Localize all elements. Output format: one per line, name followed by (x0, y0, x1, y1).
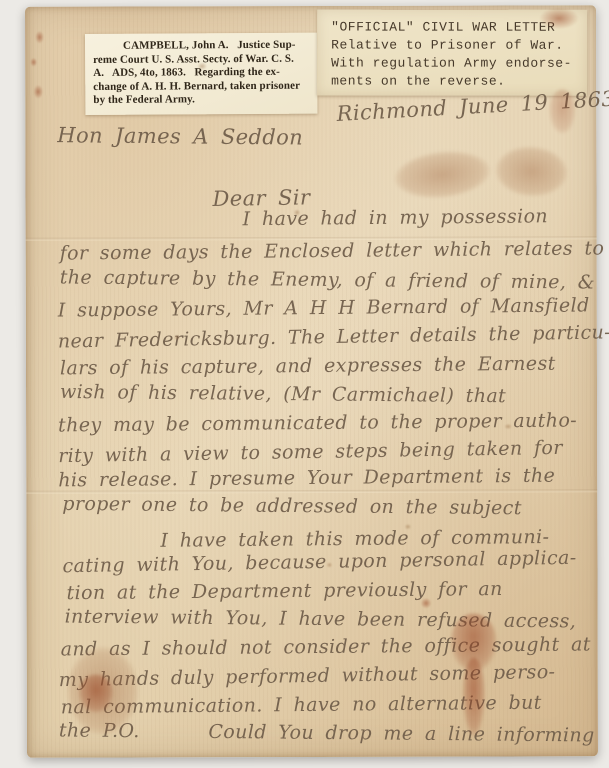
typed-label: "OFFICIAL" CIVIL WAR LETTER Relative to … (317, 10, 587, 96)
catalog-clipping-line: CAMPBELL, John A. Justice Sup- (93, 39, 309, 54)
stain-speck-edge-3 (33, 85, 43, 99)
addressee: Hon James A Seddon (57, 123, 303, 149)
catalog-clipping-line: A. ADS, 4to, 1863. Regarding the ex- (93, 66, 309, 81)
handwriting-line: I suppose Yours, Mr A H H Bernard of Man… (58, 294, 590, 321)
handwriting-line: tion at the Department previously for an (66, 578, 502, 604)
catalog-clipping-line: reme Court U. S. Asst. Secty. of War. C.… (93, 52, 309, 67)
handwriting-line: for some days the Enclosed letter which … (60, 237, 605, 264)
handwriting-line: I have had in my possession (242, 205, 548, 230)
handwriting-line: the capture by the Enemy, of a friend of… (60, 266, 595, 293)
handwriting-line: they may be communicated to the proper a… (58, 409, 577, 436)
letter-paper: CAMPBELL, John A. Justice Sup- reme Cour… (25, 5, 598, 757)
handwriting-line: rity with a view to some steps being tak… (58, 437, 563, 467)
handwriting-line: nal communication. I have no alternative… (61, 692, 542, 719)
typed-label-line: ments on the reverse. (331, 73, 587, 91)
handwriting-line: cating with You, because upon personal a… (62, 547, 576, 578)
catalog-clipping-line: change of A. H. H. Bernard, taken prison… (93, 79, 309, 94)
handwriting-line: the P.O. Could You drop me a line inform… (59, 719, 595, 746)
handwriting-line: near Fredericksburg. The Letter details … (58, 321, 609, 352)
handwriting-line: interview with You, I have been refused … (65, 606, 577, 633)
catalog-clipping: CAMPBELL, John A. Justice Sup- reme Cour… (85, 33, 317, 115)
stain-fingerprint-left (392, 147, 492, 203)
stain-speck-edge-1 (35, 31, 44, 44)
handwriting-line: lars of his capture, and expresses the E… (60, 353, 556, 380)
stain-fingerprint-right (494, 144, 569, 199)
catalog-clipping-line: by the Federal Army. (93, 93, 309, 108)
handwriting-line: his release. I presume Your Department i… (58, 465, 555, 492)
photo-background: CAMPBELL, John A. Justice Sup- reme Cour… (0, 0, 609, 768)
handwriting-line: wish of his relative, (Mr Carmichael) th… (60, 381, 506, 407)
stain-speck-edge-2 (30, 58, 37, 67)
handwriting-line: proper one to be addressed on the subjec… (62, 493, 522, 519)
typed-label-line: With regulation Army endorse- (331, 55, 587, 73)
typed-label-line: Relative to Prisoner of War. (331, 37, 587, 55)
handwriting-line: my hands duly performed without some per… (59, 661, 556, 691)
handwriting-line: and as I should not consider the office … (61, 633, 591, 660)
typed-label-line: "OFFICIAL" CIVIL WAR LETTER (331, 19, 587, 37)
